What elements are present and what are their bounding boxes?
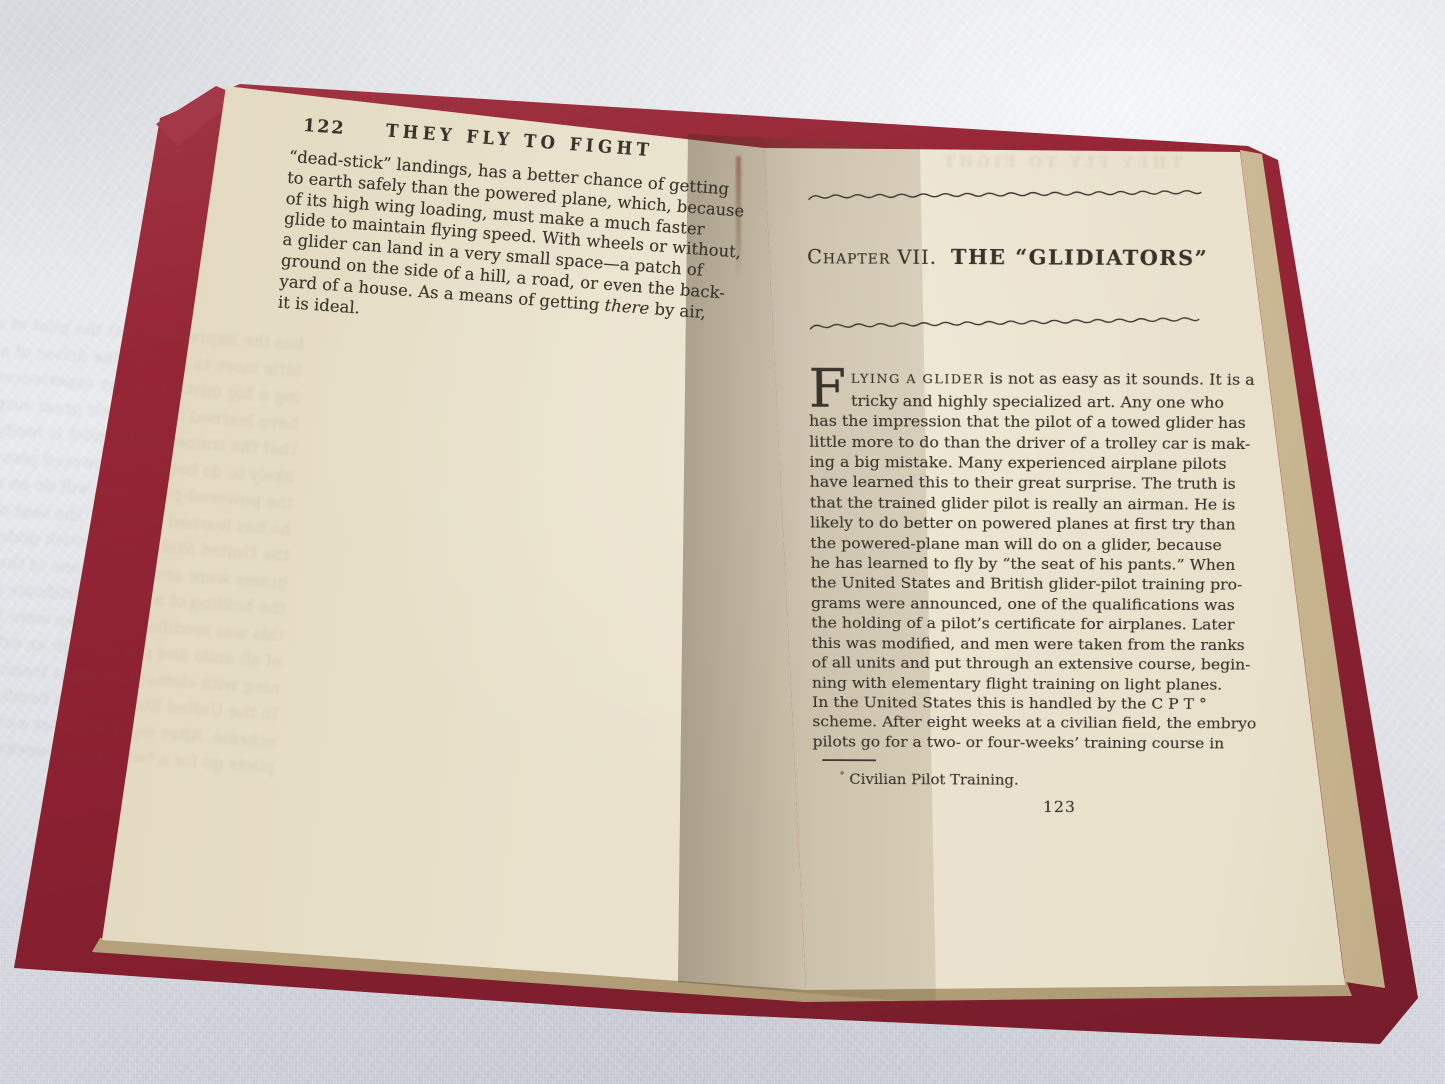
body-line: scheme. After eight weeks at a civilian … xyxy=(812,712,1262,734)
chapter-heading: Chapter VII. THE “GLIDIATORS” xyxy=(807,246,1202,271)
footnote-text: Civilian Pilot Training. xyxy=(849,771,1018,788)
body-line: ing a big mistake. Many experienced airp… xyxy=(809,452,1267,475)
showthrough-text-right: THEY FLY TO FIGHT xyxy=(852,151,1182,174)
page-number-left: 122 xyxy=(302,116,346,140)
body-line: ning with elementary flight training on … xyxy=(812,672,1263,694)
body-line: of all units and put through an extensiv… xyxy=(812,653,1263,675)
body-line: tricky and highly specialized art. Any o… xyxy=(851,390,1269,413)
page-number-right: 123 xyxy=(813,796,1260,818)
body-line: that the trained glider pilot is really … xyxy=(810,492,1267,515)
footnote-rule xyxy=(822,759,876,761)
body-line: In the United States this is handled by … xyxy=(812,692,1262,714)
right-page-content: THEY FLY TO FIGHT Chapter VII. THE “GLID… xyxy=(806,149,1274,818)
body-line: grams were announced, one of the qualifi… xyxy=(811,593,1264,615)
body-line: LYING A GLIDER is not as easy as it soun… xyxy=(851,368,1269,393)
body-line: the holding of a pilot’s certificate for… xyxy=(811,613,1264,635)
body-line: pilots go for a two- or four-weeks’ trai… xyxy=(812,731,1261,753)
chapter-opening-paragraph: F LYING A GLIDER is not as easy as it so… xyxy=(808,368,1269,754)
body-line: have learned this to their great surpris… xyxy=(810,472,1267,495)
wavy-rule-top xyxy=(806,187,1203,204)
chapter-heading-block: Chapter VII. THE “GLIDIATORS” xyxy=(806,188,1203,330)
body-line: little more to do than the driver of a t… xyxy=(809,431,1268,454)
chapter-title: THE “GLIDIATORS” xyxy=(951,244,1208,270)
body-line: this was modified, and men were taken fr… xyxy=(811,633,1263,655)
chapter-label: Chapter VII. xyxy=(807,246,937,269)
left-page-content: 122 THEY FLY TO FIGHT “dead-stick” landi… xyxy=(277,114,749,347)
showthrough-text-left: has the impression that the pilot of a t… xyxy=(0,302,305,867)
footnote-block: °Civilian Pilot Training. 123 xyxy=(813,759,1261,817)
small-caps-lead: LYING A GLIDER xyxy=(851,373,985,388)
line-text: by air, xyxy=(649,299,707,322)
line-text: is not as easy as it sounds. It is a xyxy=(984,369,1254,389)
left-page-paragraph: “dead-stick” landings, has a better chan… xyxy=(277,147,746,347)
body-line: has the impression that the pilot of a t… xyxy=(809,411,1268,434)
body-line: the powered-plane man will do on a glide… xyxy=(810,533,1265,555)
drop-cap: F xyxy=(808,370,846,409)
italic-word: there xyxy=(604,296,650,318)
footnote-symbol: ° xyxy=(840,771,845,781)
body-line: the United States and British glider-pil… xyxy=(811,573,1265,595)
wavy-rule-bottom xyxy=(808,315,1201,334)
body-line: he has learned to fly by “the seat of hi… xyxy=(810,553,1265,575)
footnote: °Civilian Pilot Training. xyxy=(840,767,1261,792)
body-line: likely to do better on powered planes at… xyxy=(810,513,1266,535)
